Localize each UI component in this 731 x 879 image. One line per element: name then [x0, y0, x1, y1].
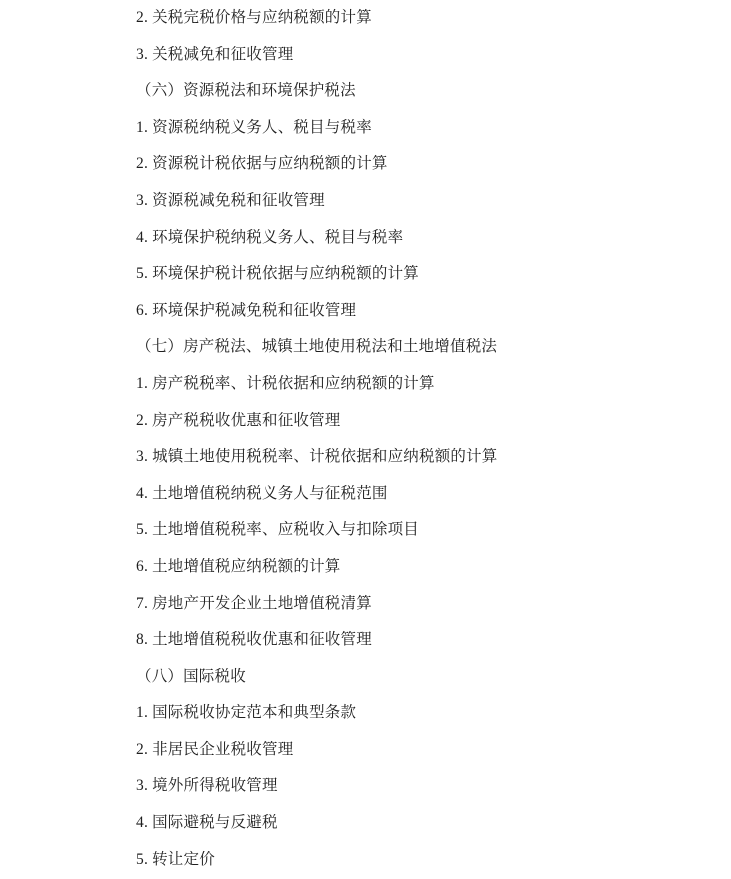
document-page: 2. 关税完税价格与应纳税额的计算3. 关税减免和征收管理（六）资源税法和环境保…: [0, 0, 731, 879]
outline-item: 1. 国际税收协定范本和典型条款: [136, 695, 691, 732]
outline-item: 1. 资源税纳税义务人、税目与税率: [136, 110, 691, 147]
outline-item: 5. 转让定价: [136, 842, 691, 879]
document-outline: 2. 关税完税价格与应纳税额的计算3. 关税减免和征收管理（六）资源税法和环境保…: [0, 0, 731, 878]
outline-item: 4. 国际避税与反避税: [136, 805, 691, 842]
outline-section-heading: （八）国际税收: [136, 659, 691, 696]
outline-item: 8. 土地增值税税收优惠和征收管理: [136, 622, 691, 659]
outline-item: 3. 城镇土地使用税税率、计税依据和应纳税额的计算: [136, 439, 691, 476]
outline-item: 4. 土地增值税纳税义务人与征税范围: [136, 476, 691, 513]
outline-item: 4. 环境保护税纳税义务人、税目与税率: [136, 220, 691, 257]
outline-item: 2. 非居民企业税收管理: [136, 732, 691, 769]
outline-item: 6. 环境保护税减免税和征收管理: [136, 293, 691, 330]
outline-item: 5. 环境保护税计税依据与应纳税额的计算: [136, 256, 691, 293]
outline-item: 3. 关税减免和征收管理: [136, 37, 691, 74]
outline-section-heading: （六）资源税法和环境保护税法: [136, 73, 691, 110]
outline-section-heading: （七）房产税法、城镇土地使用税法和土地增值税法: [136, 329, 691, 366]
outline-item: 2. 关税完税价格与应纳税额的计算: [136, 0, 691, 37]
outline-item: 2. 资源税计税依据与应纳税额的计算: [136, 146, 691, 183]
outline-item: 7. 房地产开发企业土地增值税清算: [136, 586, 691, 623]
outline-item: 1. 房产税税率、计税依据和应纳税额的计算: [136, 366, 691, 403]
outline-item: 3. 境外所得税收管理: [136, 768, 691, 805]
outline-item: 3. 资源税减免税和征收管理: [136, 183, 691, 220]
outline-item: 2. 房产税税收优惠和征收管理: [136, 403, 691, 440]
outline-item: 5. 土地增值税税率、应税收入与扣除项目: [136, 512, 691, 549]
outline-item: 6. 土地增值税应纳税额的计算: [136, 549, 691, 586]
